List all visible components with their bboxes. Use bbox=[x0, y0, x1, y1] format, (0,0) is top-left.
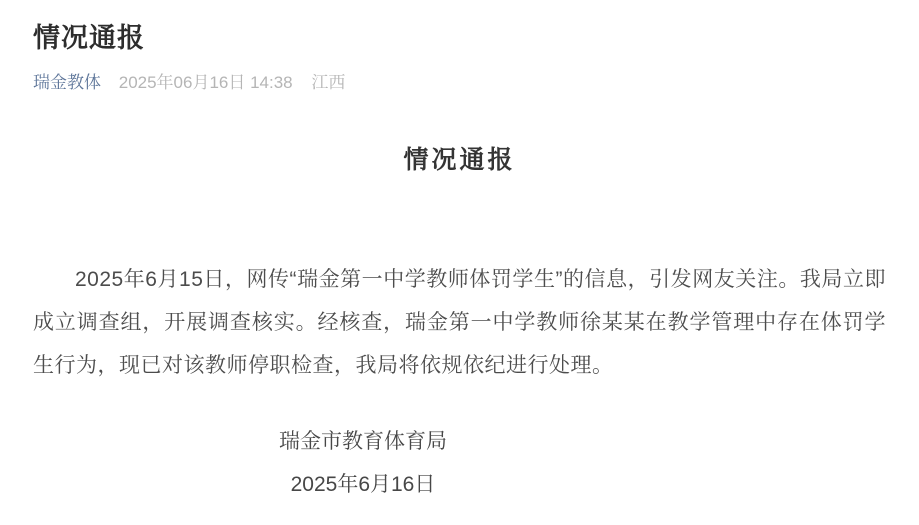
byline: 瑞金教体 2025年06月16日 14:38 江西 bbox=[33, 72, 886, 94]
article-content: 情况通报 瑞金教体 2025年06月16日 14:38 江西 情况通报 2025… bbox=[0, 0, 919, 506]
page-title: 情况通报 bbox=[33, 0, 886, 55]
document-paragraph: 2025年6月15日，网传“瑞金第一中学教师体罚学生”的信息，引发网友关注。我局… bbox=[33, 258, 886, 387]
signature-block: 瑞金市教育体育局 2025年6月16日 bbox=[33, 420, 693, 506]
document-title: 情况通报 bbox=[33, 144, 886, 176]
account-name-link[interactable]: 瑞金教体 bbox=[33, 73, 101, 92]
publish-location: 江西 bbox=[311, 73, 345, 92]
publish-datetime: 2025年06月16日 14:38 bbox=[119, 73, 293, 92]
article-page: 情况通报 瑞金教体 2025年06月16日 14:38 江西 情况通报 2025… bbox=[0, 0, 919, 525]
signature-date: 2025年6月16日 bbox=[33, 463, 693, 506]
signature-org: 瑞金市教育体育局 bbox=[33, 420, 693, 463]
